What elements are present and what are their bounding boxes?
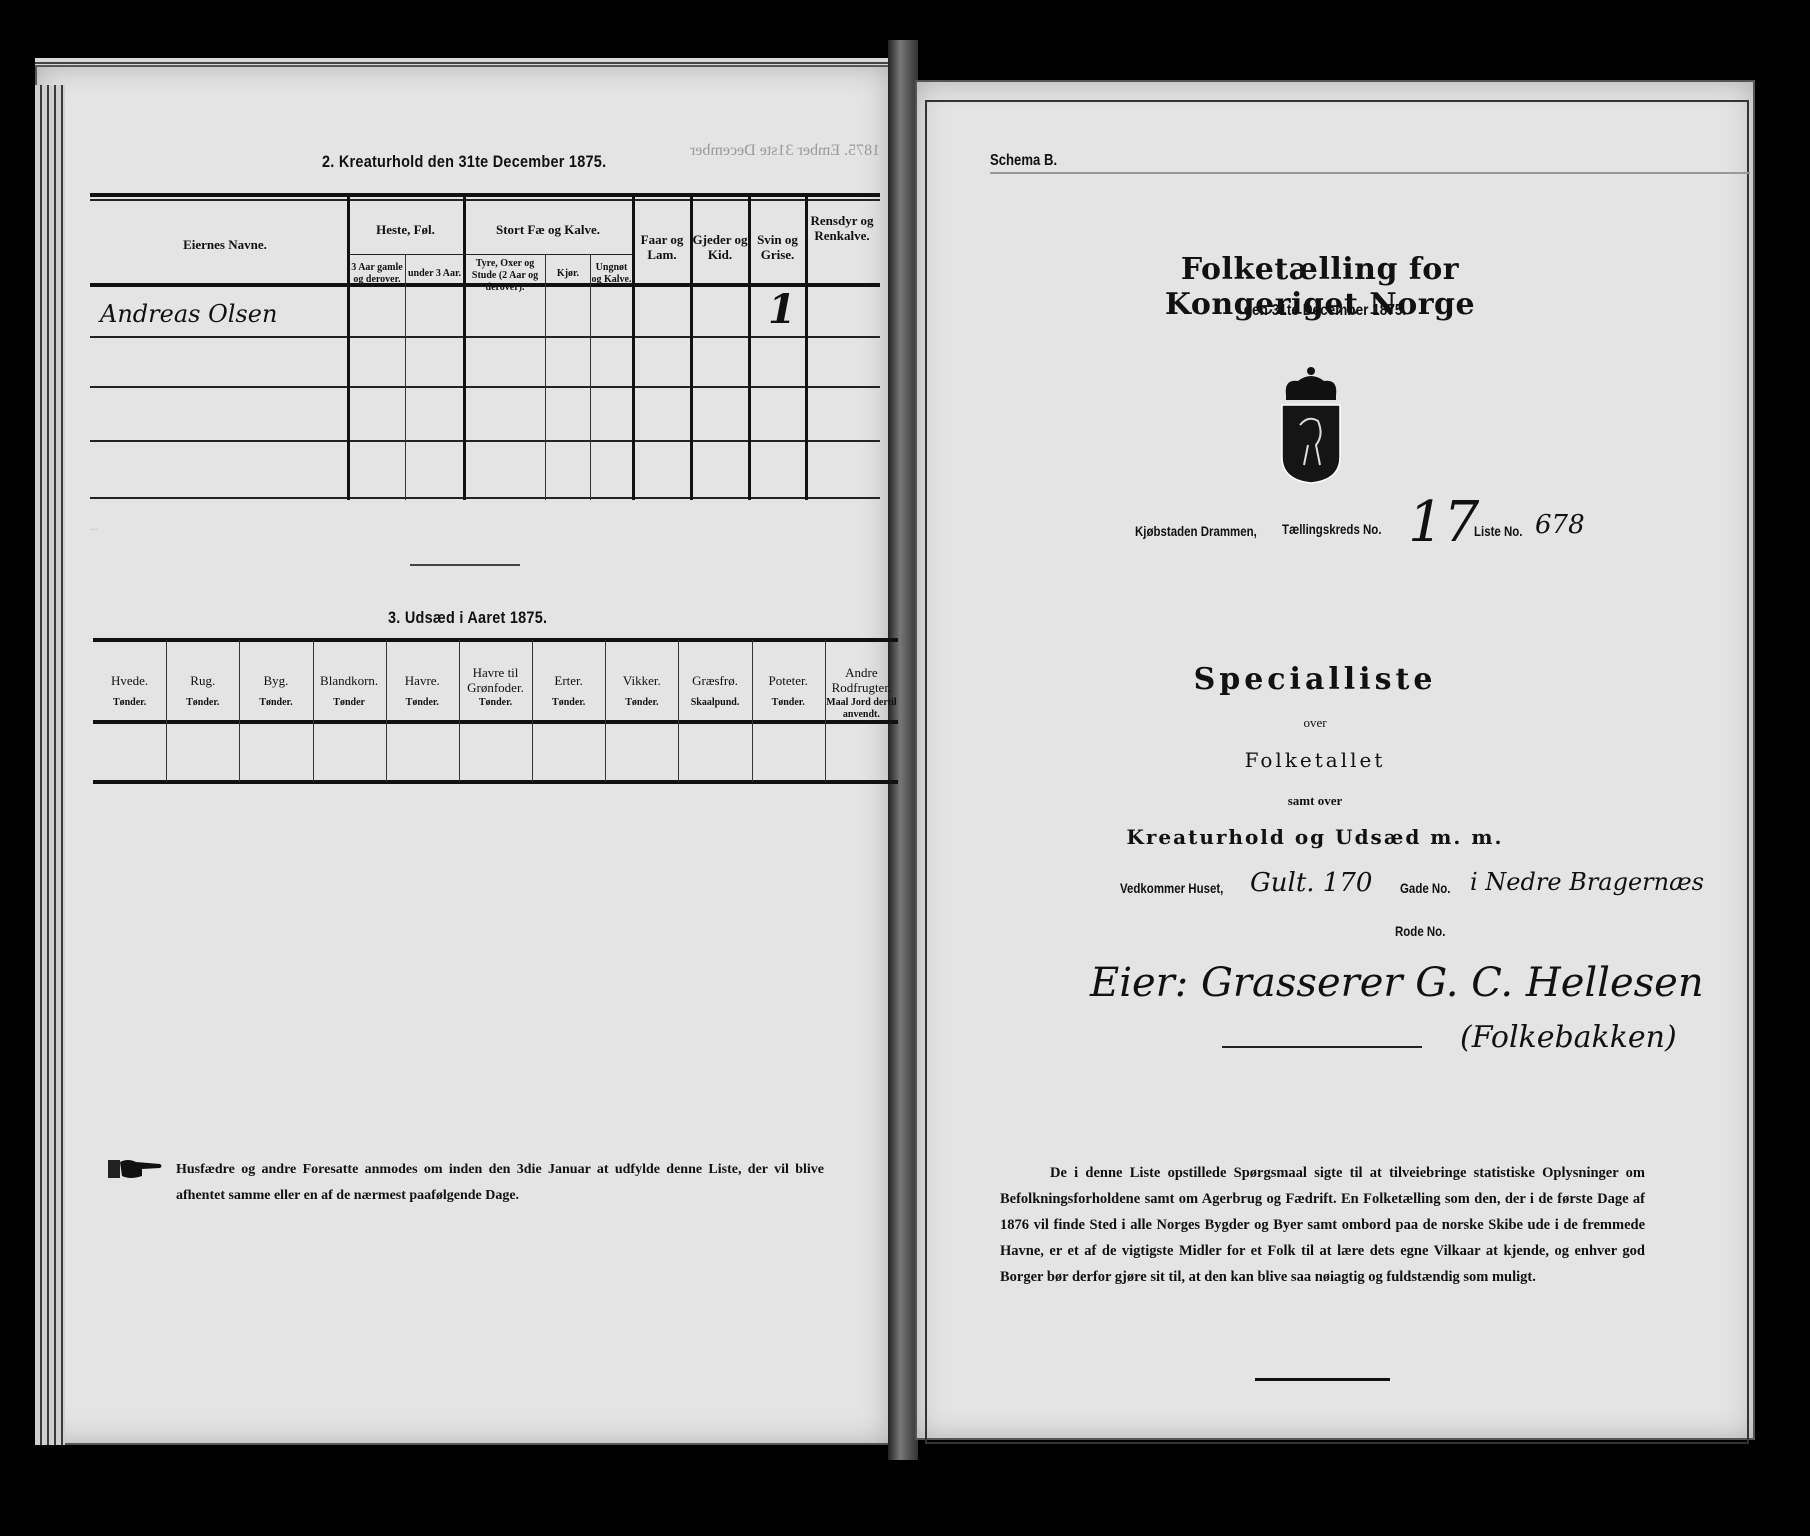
seed-col-unit: Tønder. — [239, 697, 312, 709]
seed-col-unit: Tønder. — [532, 697, 605, 709]
seed-col-unit: Skaalpund. — [678, 697, 751, 709]
column-divider — [532, 640, 533, 782]
col-cattle-young-header: Ungnøt og Kalve. — [591, 262, 632, 286]
col-horses-header: Heste, Føl. — [348, 222, 463, 237]
seed-col-name: Havre. — [386, 673, 459, 688]
rode-label: Rode No. — [1395, 923, 1445, 939]
seed-col-unit: Tønder. — [166, 697, 239, 709]
street-label: Gade No. — [1400, 880, 1450, 896]
page-side-edge — [35, 85, 65, 1445]
owner-name-row1: Andreas Olsen — [100, 300, 277, 328]
col-cattle-bulls-header: Tyre, Oxer og Stude (2 Aar og derover). — [465, 258, 545, 294]
column-divider — [678, 640, 679, 782]
seed-col-name: Hvede. — [93, 673, 166, 688]
seed-col-unit: Tønder. — [386, 697, 459, 709]
section3-title: 3. Udsæd i Aaret 1875. — [388, 608, 547, 628]
seed-col-unit: Tønder — [313, 697, 386, 709]
column-divider — [313, 640, 314, 782]
list-label: Liste No. — [1474, 523, 1522, 539]
over-text: over — [1200, 715, 1430, 731]
instructions-notice: Husfædre og andre Foresatte anmodes om i… — [176, 1157, 824, 1209]
column-divider — [239, 640, 240, 782]
seed-col-name: Byg. — [239, 673, 312, 688]
section2-title: 2. Kreaturhold den 31te December 1875. — [322, 152, 606, 172]
col-owner-header: Eiernes Navne. — [150, 237, 300, 252]
district-number: 17 — [1408, 490, 1479, 555]
seed-col-name: Rug. — [166, 673, 239, 688]
pigs-count-row1: 1 — [768, 286, 796, 333]
seed-col-name: Erter. — [532, 673, 605, 688]
seed-col-unit: Maal Jord dertil anvendt. — [825, 697, 898, 721]
schema-label: Schema B. — [990, 152, 1057, 170]
owner-note: Eier: Grasserer G. C. Hellesen — [1090, 960, 1704, 1006]
house-label: Vedkommer Huset, — [1120, 880, 1223, 896]
norwegian-coat-of-arms-icon — [1278, 365, 1344, 485]
col-goats-header: Gjeder og Kid. — [692, 232, 748, 262]
header-rule — [990, 172, 1750, 174]
explanatory-paragraph: De i denne Liste opstillede Spørgsmaal s… — [1000, 1160, 1645, 1290]
column-divider — [605, 640, 606, 782]
mirror-bleed-text: 1875. Ember 31ste December — [690, 142, 880, 160]
seed-col-unit: Tønder. — [93, 697, 166, 709]
column-divider — [459, 640, 460, 782]
pointing-hand-icon — [108, 1158, 163, 1180]
column-divider — [386, 640, 387, 782]
seed-col-name: Havre til Grønfoder. — [459, 665, 532, 695]
underline — [1222, 1046, 1422, 1048]
house-value: Gult. 170 — [1250, 868, 1372, 898]
col-cattle-cows-header: Kjør. — [546, 268, 590, 280]
folketallet-text: Folketallet — [1150, 748, 1480, 772]
list-number: 678 — [1535, 510, 1585, 540]
town-label: Kjøbstaden Drammen, — [1135, 523, 1257, 539]
street-value: i Nedre Bragernæs — [1470, 868, 1704, 896]
seed-col-unit: Tønder. — [459, 697, 532, 709]
closing-rule — [1255, 1378, 1390, 1381]
owner-note-sub: (Folkebakken) — [1460, 1020, 1677, 1055]
divider — [410, 564, 520, 566]
book-binding — [888, 40, 918, 1460]
col-pigs-header: Svin og Grise. — [750, 232, 805, 262]
seed-col-name: Poteter. — [752, 673, 825, 688]
samt-over-text: samt over — [1200, 793, 1430, 809]
column-divider — [166, 640, 167, 782]
column-divider — [752, 640, 753, 782]
bleed-through-text: ... — [90, 520, 340, 534]
seed-col-name: Græsfrø. — [678, 673, 751, 688]
district-label: Tællingskreds No. — [1282, 521, 1382, 537]
seed-col-unit: Tønder. — [752, 697, 825, 709]
seed-col-name: Vikker. — [605, 673, 678, 688]
kreaturhold-text: Kreaturhold og Udsæd m. m. — [1080, 825, 1550, 849]
form-date: den 31te December 1875. — [1236, 302, 1415, 320]
col-reindeer-header: Rensdyr og Renkalve. — [806, 213, 878, 243]
col-horses-old-header: 3 Aar gamle og derover. — [349, 262, 405, 286]
col-sheep-header: Faar og Lam. — [634, 232, 690, 262]
specialliste-heading: Specialliste — [1150, 662, 1480, 697]
seed-col-name: Blandkorn. — [313, 673, 386, 688]
col-cattle-header: Stort Fæ og Kalve. — [464, 222, 632, 237]
col-horses-young-header: under 3 Aar. — [406, 268, 463, 280]
seed-col-unit: Tønder. — [605, 697, 678, 709]
seed-col-name: Andre Rodfrugter. — [825, 665, 898, 695]
